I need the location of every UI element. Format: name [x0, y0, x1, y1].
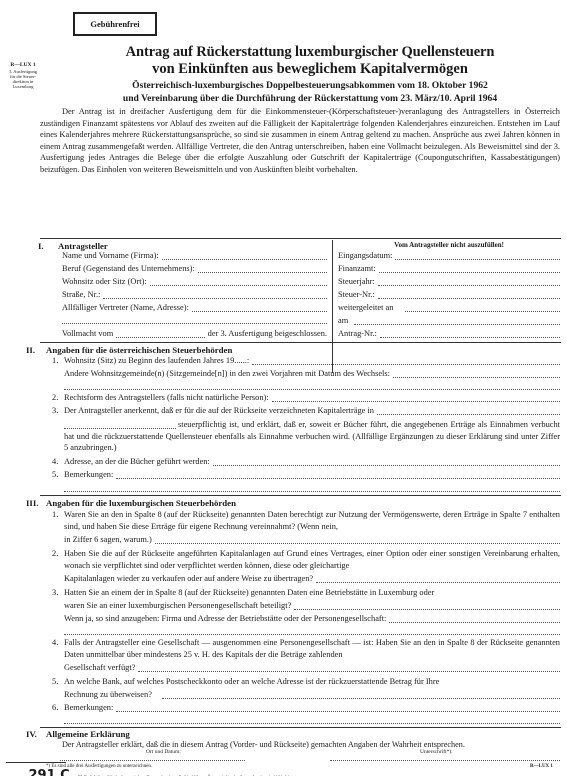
tax-number-field[interactable]: Steuer-Nr.: — [338, 290, 560, 299]
document-subtitle: Österreichisch-luxemburgisches Doppelbes… — [60, 80, 560, 91]
instructions-paragraph: Der Antrag ist in dreifacher Ausfertigun… — [40, 106, 560, 176]
receipt-date-field[interactable]: Eingangsdatum: — [338, 251, 560, 260]
section-divider — [40, 727, 561, 728]
signature-label: Unterschrift*): — [420, 749, 453, 755]
footer-form-code: R—LUX 1 — [530, 764, 553, 769]
section-divider — [40, 238, 561, 239]
tax-year-field[interactable]: Steuerjahr: — [338, 277, 560, 286]
tax-liability-country-field[interactable]: 3.Der Antragsteller anerkennt, daß er fü… — [52, 406, 560, 415]
section-divider — [40, 342, 561, 343]
permanent-establishment-answer[interactable]: waren Sie an einer luxemburgischen Perso… — [64, 601, 560, 610]
section-1-heading: I.Antragsteller — [38, 241, 108, 251]
beneficial-ownership-answer[interactable]: in Ziffer 6 sagen, warum.) — [64, 535, 560, 544]
document-title: Antrag auf Rückerstattung luxemburgische… — [60, 44, 560, 61]
print-imprint: Lager-Nr. 291 C a FLD. f. Wien, Niederös… — [6, 768, 289, 776]
fee-free-badge: Gebührenfrei — [73, 12, 157, 36]
residence-start-year-field[interactable]: 1.Wohnsitz (Sitz) zu Beginn des laufende… — [52, 356, 560, 365]
question-bank-details: 5.An welche Bank, auf welches Postscheck… — [64, 676, 560, 688]
tax-office-field[interactable]: Finanzamt: — [338, 264, 560, 273]
remarks-austria-field[interactable]: 5.Bemerkungen: — [52, 470, 560, 479]
application-number-field[interactable]: Antrag-Nr.: — [338, 329, 560, 338]
section-3-heading: III.Angaben für die luxemburgischen Steu… — [26, 498, 236, 508]
legal-form-field[interactable]: 2.Rechtsform des Antragstellers (falls n… — [52, 393, 560, 402]
forwarded-date-field[interactable]: am — [338, 316, 560, 325]
name-field[interactable]: Name und Vorname (Firma): — [62, 251, 327, 260]
books-address-field[interactable]: 4.Adresse, an der die Bücher geführt wer… — [52, 457, 560, 466]
representative-field-continued[interactable] — [62, 323, 327, 324]
section-divider — [40, 495, 561, 496]
question-capital-share: 4.Falls der Antragsteller eine Gesellsch… — [64, 637, 560, 660]
footnote-rule — [6, 762, 66, 763]
form-code: R—LUX 1 — [4, 62, 42, 69]
representative-field[interactable]: Allfälliger Vertreter (Name, Adresse): — [62, 303, 327, 312]
previous-residence-field[interactable]: Andere Wohnsitzgemeinde(n) (Sitzgemeinde… — [64, 369, 560, 378]
office-use-heading: Vom Antragsteller nicht auszufüllen! — [338, 241, 560, 249]
remarks-luxembourg-field[interactable]: 6.Bemerkungen: — [52, 703, 560, 712]
section-4-heading: IV.Allgemeine Erklärung — [26, 729, 130, 739]
remarks-austria-continued[interactable] — [64, 491, 560, 492]
signature-field[interactable] — [330, 760, 560, 761]
truth-declaration: Der Antragsteller erklärt, daß die in di… — [62, 739, 562, 751]
previous-residence-field-continued[interactable] — [64, 389, 560, 390]
column-divider — [332, 240, 333, 373]
document-subtitle-line2: und Vereinbarung über die Durchführung d… — [60, 93, 560, 104]
question-resale-agreement: 2.Haben Sie die auf der Rückseite angefü… — [64, 548, 560, 571]
section-2-heading: II.Angaben für die österreichischen Steu… — [26, 345, 232, 355]
question-permanent-establishment: 3.Hatten Sie an einem der in Spalte 8 (a… — [64, 587, 560, 599]
forwarded-to-field[interactable]: weitergeleitet an — [338, 303, 560, 312]
place-date-label: Ort und Datum: — [146, 749, 181, 755]
resale-agreement-answer[interactable]: Kapitalanlagen wieder zu verkaufen oder … — [64, 574, 560, 583]
establishment-details-continued[interactable] — [64, 634, 560, 635]
remarks-luxembourg-continued[interactable] — [64, 723, 560, 724]
bank-details-field[interactable]: Rechnung zu überweisen? — [64, 690, 560, 699]
establishment-details-field[interactable]: Wenn ja, so sind anzugeben: Firma und Ad… — [64, 614, 560, 623]
place-date-field[interactable] — [60, 760, 245, 761]
document-title-line2: von Einkünften aus beweglichem Kapitalve… — [60, 61, 560, 78]
residence-field[interactable]: Wohnsitz oder Sitz (Ort): — [62, 277, 327, 286]
street-field[interactable]: Straße, Nr.: — [62, 290, 327, 299]
question-beneficial-ownership: 1.Waren Sie an den in Spalte 8 (auf der … — [64, 509, 560, 532]
bookkeeping-declaration: steuerpflichtig ist, und erklärt, daß er… — [64, 419, 560, 454]
capital-share-answer[interactable]: Gesellschaft verfügt? — [64, 663, 560, 672]
copy-note: R—LUX 1 3. Ausfertigung für die Steuer- … — [4, 62, 42, 89]
stock-number: 291 C — [28, 768, 69, 776]
proxy-date-field[interactable]: Vollmacht vomder 3. Ausfertigung beigesc… — [62, 329, 327, 338]
occupation-field[interactable]: Beruf (Gegenstand des Unternehmens): — [62, 264, 327, 273]
